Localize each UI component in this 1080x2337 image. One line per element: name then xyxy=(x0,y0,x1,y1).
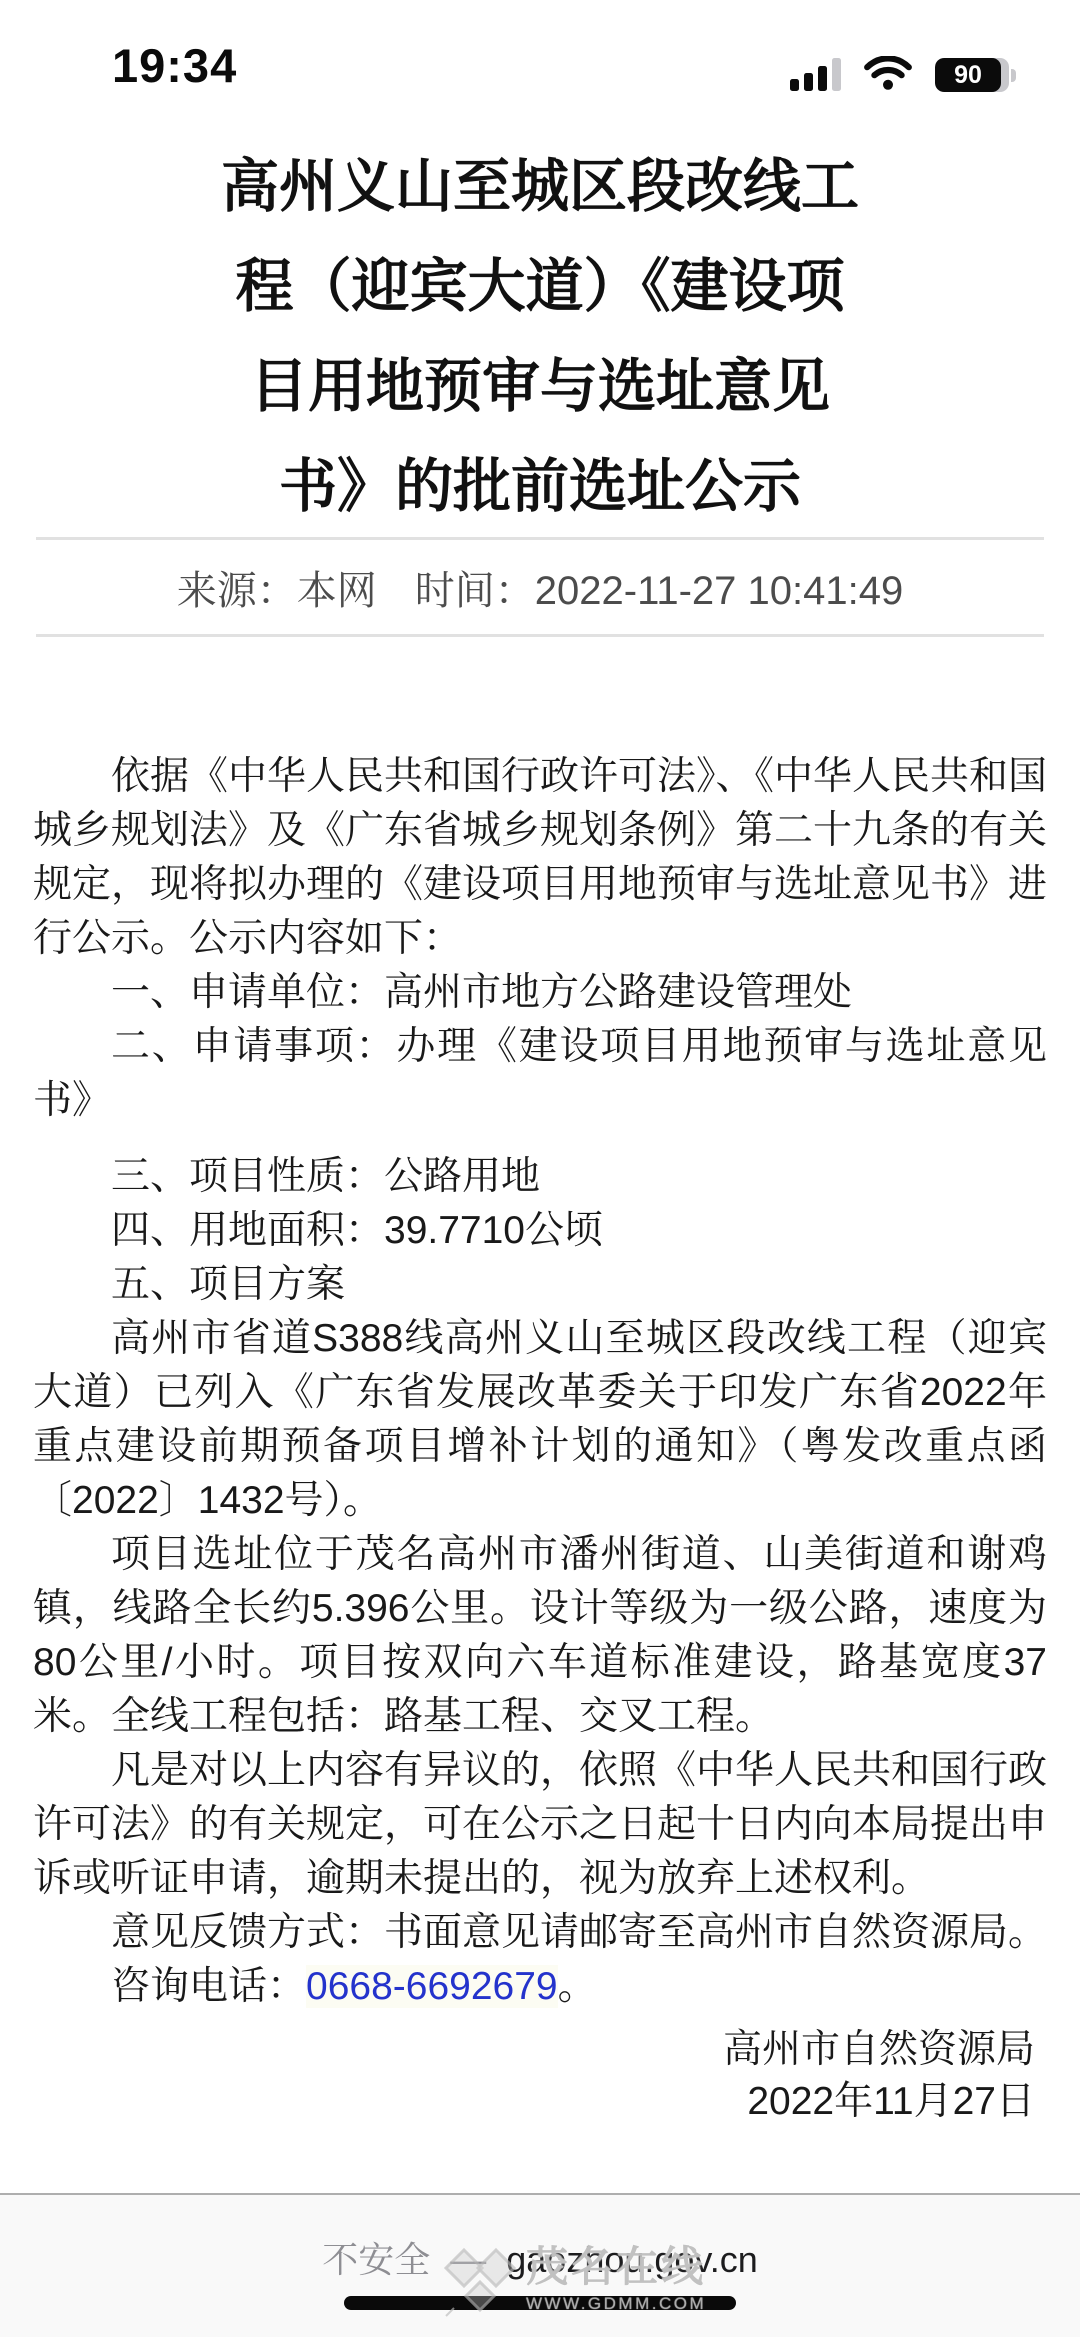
title-line-2: 程（迎宾大道）《建设项 xyxy=(40,237,1040,337)
phone-suffix: 。 xyxy=(558,1965,597,2008)
body-paragraph-location: 项目选址位于茂名高州市潘州街道、山美街道和谢鸡镇，线路全长约5.396公里。设计… xyxy=(33,1528,1047,1744)
body-paragraph-item3: 三、项目性质：公路用地 xyxy=(33,1150,1047,1204)
battery-percent: 90 xyxy=(954,63,982,88)
body-paragraph-objection: 凡是对以上内容有异议的，依照《中华人民共和国行政许可法》的有关规定，可在公示之日… xyxy=(33,1744,1047,1906)
body-paragraph-item1: 一、申请单位：高州市地方公路建设管理处 xyxy=(33,966,1047,1020)
wifi-icon xyxy=(863,56,913,92)
meta-source: 来源：本网 xyxy=(177,559,377,616)
cellular-signal-icon xyxy=(790,58,841,91)
clock: 19:34 xyxy=(112,42,237,91)
title-line-4: 书》的批前选址公示 xyxy=(40,437,1040,537)
title-line-1: 高州义山至城区段改线工 xyxy=(40,137,1040,237)
separator-dash: — xyxy=(440,2239,496,2280)
meta-time: 时间：2022-11-27 10:41:49 xyxy=(415,559,903,616)
battery-tip xyxy=(1011,69,1016,82)
article-body: 依据《中华人民共和国行政许可法》、《中华人民共和国城乡规划法》及《广东省城乡规划… xyxy=(0,637,1080,2128)
body-paragraph-item2: 二、申请事项：办理《建设项目用地预审与选址意见书》 xyxy=(33,1020,1047,1128)
status-bar: 19:34 90 xyxy=(0,0,1080,100)
phone-number-link[interactable]: 0668-6692679 xyxy=(306,1965,558,2008)
page-title: 高州义山至城区段改线工 程（迎宾大道）《建设项 目用地预审与选址意见 书》的批前… xyxy=(40,137,1040,537)
body-paragraph-item4: 四、用地面积：39.7710公顷 xyxy=(33,1204,1047,1258)
status-icons: 90 xyxy=(790,56,1016,91)
body-paragraph-item5: 五、项目方案 xyxy=(33,1258,1047,1312)
body-paragraph-intro: 依据《中华人民共和国行政许可法》、《中华人民共和国城乡规划法》及《广东省城乡规划… xyxy=(33,750,1047,966)
phone-label: 咨询电话： xyxy=(111,1965,306,2008)
address-domain: gaozhou.gov.cn xyxy=(506,2239,758,2280)
security-label: 不安全 xyxy=(322,2239,430,2280)
signature-org: 高州市自然资源局 xyxy=(33,2024,1035,2076)
body-paragraph-feedback: 意见反馈方式：书面意见请邮寄至高州市自然资源局。 xyxy=(33,1906,1047,1960)
browser-address-bar[interactable]: 不安全 — gaozhou.gov.cn xyxy=(0,2193,1080,2337)
phone-screen: 19:34 90 高州义山至城区段改线工 程（迎宾大道）《建设项 目用地预审与选… xyxy=(0,0,1080,2337)
signature-block: 高州市自然资源局 2022年11月27日 xyxy=(33,2024,1047,2128)
title-line-3: 目用地预审与选址意见 xyxy=(40,337,1040,437)
signature-date: 2022年11月27日 xyxy=(33,2076,1035,2128)
article-meta-bar: 来源：本网 时间：2022-11-27 10:41:49 xyxy=(36,537,1044,637)
battery-icon: 90 xyxy=(935,58,1016,92)
body-paragraph-plan: 高州市省道S388线高州义山至城区段改线工程（迎宾大道）已列入《广东省发展改革委… xyxy=(33,1312,1047,1528)
body-paragraph-phone: 咨询电话：0668-6692679。 xyxy=(33,1960,1047,2014)
home-indicator[interactable] xyxy=(344,2296,736,2310)
